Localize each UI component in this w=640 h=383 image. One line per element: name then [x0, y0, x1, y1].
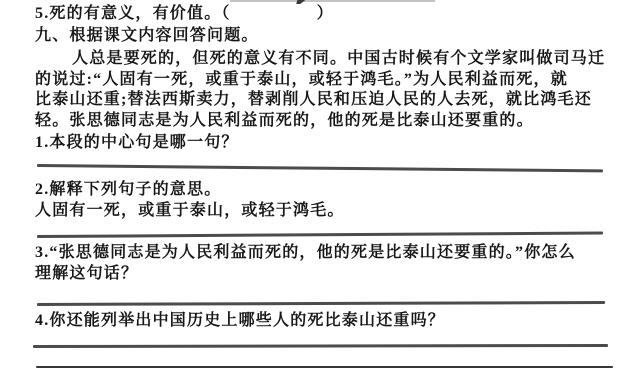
passage-line-3: 比泰山还重;替法西斯卖力，替剥削人民和压迫人民的人去死，就比鸿毛还 — [35, 90, 592, 109]
answer-line-1 — [37, 164, 603, 172]
worksheet-page: 5.死的有意义，有价值。（ ） 九、根据课文内容回答问题。 人总是要死的，但死的… — [0, 0, 640, 383]
question-2-heading: 2.解释下列句子的意思。 — [35, 180, 221, 199]
question-2-sentence: 人固有一死，或重于泰山，或轻于鸿毛。 — [35, 201, 345, 220]
item-5-text: 5.死的有意义，有价值。（ ） — [35, 4, 334, 23]
question-4-text: 4.你还能列举出中国历史上哪些人的死比泰山还重吗？ — [35, 311, 445, 330]
passage-line-2: 的说过:“人固有一死，或重于泰山，或轻于鸿毛。”为人民利益而死，就 — [35, 70, 568, 89]
passage-line-4: 轻。张思德同志是为人民利益而死的，他的死是比泰山还要重的。 — [35, 111, 534, 130]
question-3-line-2: 理解这句话？ — [35, 264, 138, 283]
question-1-text: 1.本段的中心句是哪一句？ — [35, 133, 239, 152]
passage-line-1: 人总是要死的，但死的意义有不同。中国古时候有个文学家叫做司马迁 — [72, 49, 605, 68]
question-3-line-1: 3.“张思德同志是为人民利益而死的，他的死是比泰山还要重的。”你怎么 — [35, 243, 576, 262]
section-9-heading: 九、根据课文内容回答问题。 — [35, 26, 259, 45]
answer-line-2 — [37, 232, 603, 238]
answer-line-5 — [36, 366, 613, 368]
answer-line-3 — [37, 301, 605, 306]
answer-line-4 — [33, 344, 608, 348]
cropped-text-fragment — [230, 0, 435, 2]
